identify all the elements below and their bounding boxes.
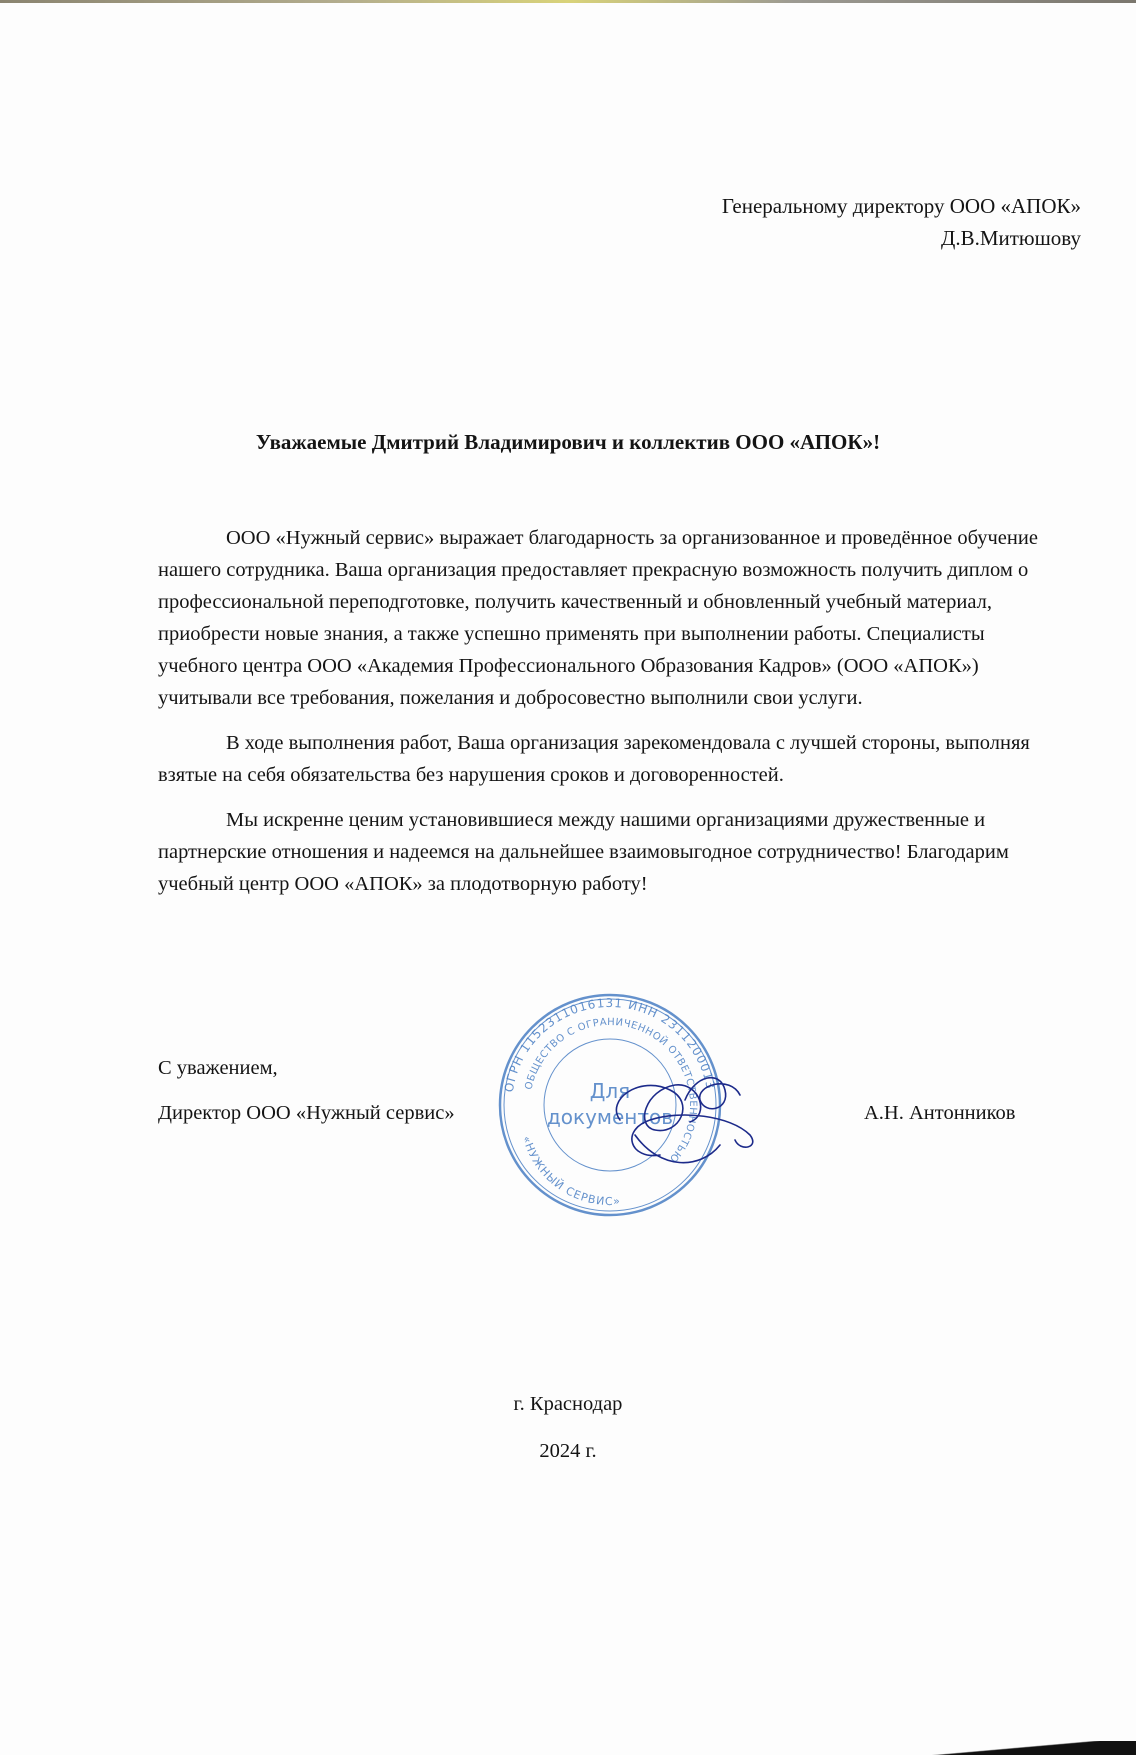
scan-edge-bottom <box>836 1741 1136 1755</box>
addressee-block: Генеральному директору ООО «АПОК» Д.В.Ми… <box>722 190 1081 254</box>
paragraph-partnership: Мы искренне ценим установившиеся между н… <box>158 804 1058 900</box>
city-label: г. Краснодар <box>0 1393 1136 1416</box>
letter-body: ООО «Нужный сервис» выражает благодарнос… <box>158 522 1058 913</box>
handwritten-signature-icon <box>600 1060 770 1180</box>
paragraph-performance: В ходе выполнения работ, Ваша организаци… <box>158 727 1058 791</box>
signer-name: А.Н. Антонников <box>864 1102 1015 1125</box>
paragraph-gratitude: ООО «Нужный сервис» выражает благодарнос… <box>158 522 1058 714</box>
signer-position: Директор ООО «Нужный сервис» <box>158 1102 455 1125</box>
year-label: 2024 г. <box>0 1440 1136 1463</box>
addressee-name: Д.В.Митюшову <box>722 222 1081 254</box>
addressee-title: Генеральному директору ООО «АПОК» <box>722 190 1081 222</box>
salutation-heading: Уважаемые Дмитрий Владимирович и коллект… <box>0 430 1136 455</box>
scan-edge-top <box>0 0 1136 3</box>
closing-regards: С уважением, <box>158 1057 278 1080</box>
